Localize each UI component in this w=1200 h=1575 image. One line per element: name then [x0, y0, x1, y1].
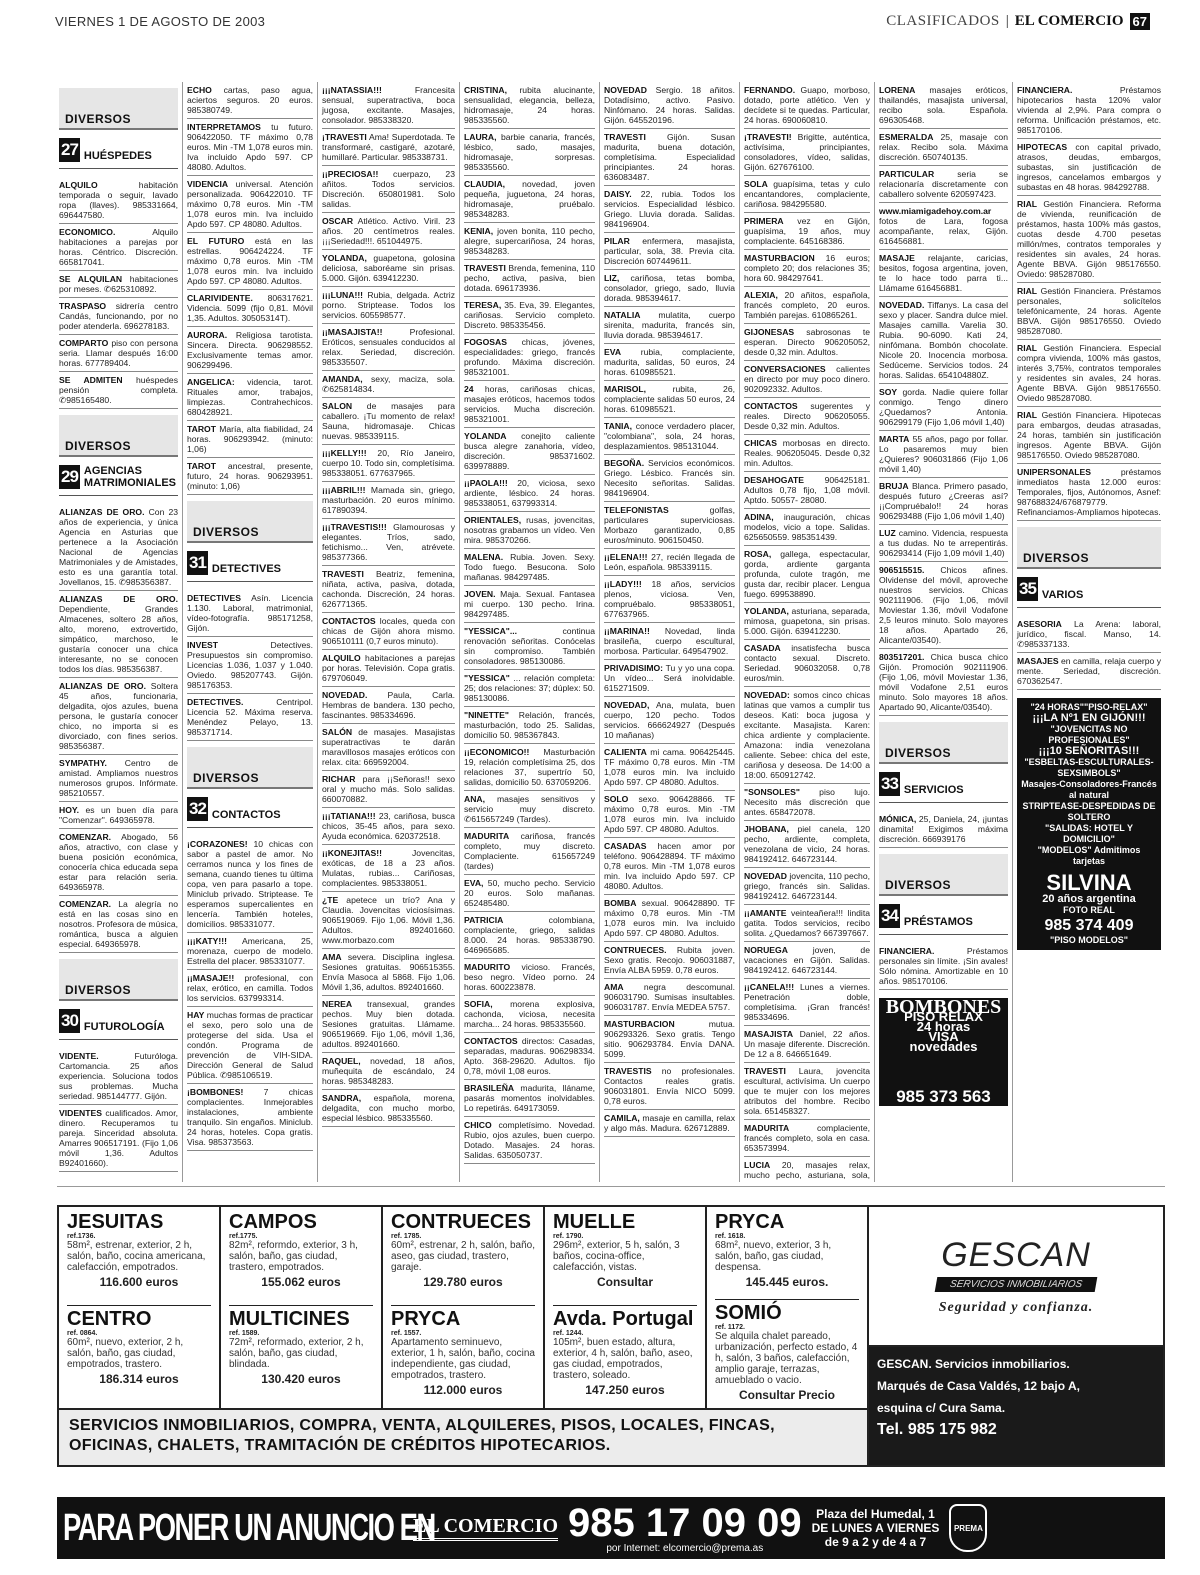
property-column: JESUITASref.1736.58m², estrenar, exterio… — [59, 1207, 221, 1408]
property-name: PRYCA — [715, 1211, 859, 1233]
property-listing: CENTROref. 0864.60m², nuevo, exterior, 2… — [67, 1308, 211, 1402]
ad-lead: SE ADMITEN — [59, 375, 123, 385]
ad-lead: ¡¡¡TATIANA!!! — [322, 811, 376, 821]
gescan-line3: esquina c/ Cura Sama. — [877, 1397, 1155, 1419]
classified-ad: AURORA. Religiosa tarotista. Sincera. Di… — [187, 327, 313, 374]
ad-text: somos cinco chicas latinas que vamos a c… — [744, 690, 870, 780]
ad-lead: NOVEDAD, — [604, 700, 649, 710]
ad-lead: "YESSICA"... — [464, 626, 517, 636]
ad-lead: ¡¡KONEJITAS!! — [322, 848, 382, 858]
classified-ad: 24 horas, cariñosas chicas, masajes erót… — [464, 381, 595, 428]
classified-ad: CLAUDIA, novedad, joven pequeña, jugueto… — [464, 176, 595, 223]
category-name: HUÉSPEDES — [84, 150, 152, 162]
classified-ad: TRAVESTI Brenda, femenina, 110 pecho, ac… — [464, 260, 595, 297]
ad-lead: INTERPRETAMOS — [187, 122, 261, 132]
classified-ad: TRASPASO sidrería centro Candás, funcion… — [59, 298, 178, 335]
classified-ad: ¡¡¡KATY!!! Americana, 25, morenaza, cuer… — [187, 933, 313, 970]
classified-ad: ANGELICA: videncia, tarot. Rituales amor… — [187, 374, 313, 421]
ad-lead: www.miamigadehoy.com.ar — [879, 206, 991, 216]
paper-name: EL COMERCIO — [1015, 13, 1124, 30]
classified-ad: CONTACTOS locales, queda con chicas de G… — [322, 613, 455, 650]
classified-ad: MARTA 55 años, pago por follar. Lo pasar… — [879, 431, 1008, 478]
classified-ad: VIDENTE. Futuróloga. Cartomancia. 25 año… — [59, 1048, 178, 1105]
classified-ad: PRIMERA vez en Gijón, guapísima, 19 años… — [744, 213, 870, 250]
ad-lead: MÓNICA, — [879, 814, 916, 824]
classified-ad: MÓNICA, 25, Daniela, 24, ¡juntas dinamit… — [879, 811, 1008, 848]
ad-lead: SOFIA, — [464, 999, 493, 1009]
classified-ad: ¡CORAZONES! 10 chicas con sabor a pastel… — [187, 836, 313, 933]
category-number: 34 — [879, 904, 900, 928]
ad-lead: ANGELICA: — [187, 377, 235, 387]
ad-text: negra descomunal. 906031790. Sumisas ins… — [604, 982, 735, 1012]
ad-lead: ¡¡¡KATY!!! — [187, 936, 227, 946]
section-label: DIVERSOS — [885, 748, 951, 758]
classified-ad: ALIANZAS DE ORO. Soltera 45 años, funcio… — [59, 678, 178, 755]
property-ref: ref.1775. — [229, 1233, 373, 1240]
classified-ad: NOVEDAD. Paula, Carla. Hembras de bander… — [322, 687, 455, 724]
category-name: CONTACTOS — [212, 809, 281, 821]
classified-ad: TERESA, 35. Eva, 39. Elegantes, cariñosa… — [464, 297, 595, 334]
category-number: 31 — [187, 551, 208, 575]
ad-lead: CHICAS — [744, 438, 777, 448]
classified-ad: 803517201. Chica busca chico Gijón. Prom… — [879, 649, 1008, 716]
property-ref: ref. 1618. — [715, 1233, 859, 1240]
relax-l7: STRIPTEASE-DESPEDIDAS DE SOLTERO — [1021, 801, 1157, 823]
ad-lead: ECHO — [187, 85, 212, 95]
ad-lead: MARISOL, — [604, 384, 646, 394]
ad-lead: TRAVESTIS — [604, 1066, 652, 1076]
classified-ad: ALIANZAS DE ORO. Con 23 años de experien… — [59, 504, 178, 591]
property-name: CONTRUECES — [391, 1211, 535, 1233]
classified-ad: INTERPRETAMOS tu futuro. 906422050. TF m… — [187, 119, 313, 176]
ad-text: Tiffanys. La casa del sexo y placer. San… — [879, 300, 1008, 380]
ad-lead: RICHAR — [322, 774, 355, 784]
ad-lead: CLARIVIDENTE. — [187, 293, 253, 303]
ad-lead: BEGOÑA. — [604, 458, 644, 468]
gescan-subtitle: SERVICIOS INMOBILIARIOS — [935, 1277, 1098, 1292]
ad-lead: ¡BOMBONES! — [187, 1087, 243, 1097]
classified-ad: MASAJES en camilla, relaja cuerpo y ment… — [1017, 653, 1161, 690]
property-ref: ref.1736. — [67, 1233, 211, 1240]
classified-ad: PRIVADISIMO: Tu y yo una copa. Un vídeo.… — [604, 660, 735, 697]
ad-lead: NOVEDAD. — [322, 690, 367, 700]
classified-ad: TANIA, conoce verdadero placer, "colombi… — [604, 418, 735, 455]
ad-lead: ECONOMICO. — [59, 227, 115, 237]
classified-ad: OSCAR Atlético. Activo. Viril. 23 años. … — [322, 213, 455, 250]
classified-ad: DETECTIVES. Centripol. Licencia 52. Máxi… — [187, 694, 313, 741]
classified-ad: MADURITA complaciente, francés completo,… — [744, 1120, 870, 1157]
category-heading: 32CONTACTOS — [187, 789, 313, 828]
classified-ad: ADINA, inauguración, chicas modelos, vic… — [744, 509, 870, 546]
ad-lead: RIAL — [1017, 286, 1037, 296]
classified-ad: MASAJE relajante, caricias, besitos, fog… — [879, 250, 1008, 297]
classified-ad: PATRICIA colombiana, complaciente, grieg… — [464, 912, 595, 959]
category-number: 29 — [59, 465, 80, 489]
section-header: DIVERSOS — [187, 501, 313, 543]
classified-ad: ¿TE apetece un trío? Ana y Claudia. Jove… — [322, 892, 455, 949]
property-name: MULTICINES — [229, 1308, 373, 1330]
classified-ad: DAISY. 22, rubia. Todos los servicios. E… — [604, 186, 735, 233]
ad-lead: YOLANDA, — [744, 606, 789, 616]
category-number: 30 — [59, 1009, 80, 1033]
classified-ad: ¡¡¡KELLY!!! 20, Río Janeiro, cuerpo 10. … — [322, 445, 455, 482]
ad-lead: DETECTIVES. — [187, 697, 243, 707]
ad-lead: YOLANDA — [464, 431, 507, 441]
classified-ad: JOVEN. Maja. Sexual. Fantasea mi cuerpo.… — [464, 586, 595, 623]
property-price: 112.000 euros — [391, 1383, 535, 1397]
advertise-footer-banner: PARA PONER UN ANUNCIO EN EL COMERCIO 985… — [57, 1497, 1165, 1559]
ad-lead: TRAVESTI — [322, 569, 364, 579]
classified-ad: EVA rubia, complaciente, madurita, salid… — [604, 344, 735, 381]
ad-text: rubia, complaciente, madurita, salidas, … — [604, 347, 735, 377]
section-header: DIVERSOS — [59, 415, 178, 457]
property-listing: CAMPOSref.1775.82m², reformdo, exterior,… — [229, 1211, 373, 1306]
ad-text: Con 23 años de experiencia, y única Agen… — [59, 507, 178, 587]
classified-ad: www.miamigadehoy.com.ar fotos de Lara, f… — [879, 203, 1008, 250]
classified-ad: FOGOSAS chicas, jóvenes, especialidades:… — [464, 334, 595, 381]
ad-lead: ALEXIA, — [744, 290, 778, 300]
classified-ad: LAURA, barbie canaria, francés, lésbico,… — [464, 129, 595, 176]
relax-name: SILVINA — [1021, 877, 1157, 888]
ad-lead: TAROT — [187, 424, 216, 434]
ad-lead: CONVERSACIONES — [744, 364, 826, 374]
ad-lead: ¡¡LADY!!! — [604, 579, 642, 589]
gescan-name: GESCAN — [941, 1236, 1091, 1275]
classified-ad: BOMBA sexual. 906428890. TF máximo 0,78 … — [604, 895, 735, 942]
category-number: 33 — [879, 772, 900, 796]
ad-text: muchas formas de practicar el sexo, pero… — [187, 1010, 313, 1080]
property-ref: ref. 1244. — [553, 1330, 697, 1337]
relax-l4: ¡¡¡10 SEÑORITAS!!! — [1021, 746, 1157, 757]
ad-lead: LORENA — [879, 85, 915, 95]
ad-lead: HIPOTECAS — [1017, 142, 1067, 152]
ad-lead: "SONSOLES" — [744, 787, 800, 797]
property-listing: JESUITASref.1736.58m², estrenar, exterio… — [67, 1211, 211, 1306]
ad-lead: LAURA, — [464, 132, 496, 142]
ad-lead: VIDENCIA — [187, 179, 228, 189]
ad-lead: NOVEDAD: — [744, 690, 790, 700]
ad-lead: GIJONESAS — [744, 327, 794, 337]
classified-ad: MASTURBACION mutua. 906293326. Sexo grat… — [604, 1016, 735, 1063]
property-listing: SOMIÓref. 1172.Se alquila chalet pareado… — [715, 1302, 859, 1402]
property-price: 129.780 euros — [391, 1275, 535, 1289]
ad-lead: RIAL — [1017, 410, 1037, 420]
classified-ad: "YESSICA"... continua renovación señorit… — [464, 623, 595, 670]
classified-ad: SALÓN de masajes. Masajistas superatract… — [322, 724, 455, 771]
column-7: LORENA masajes eróticos, thailandés, mas… — [875, 82, 1013, 1182]
ad-lead: VIDENTES — [59, 1108, 102, 1118]
ad-lead: ASESORIA — [1017, 619, 1062, 629]
ad-lead: NOVEDAD — [604, 85, 647, 95]
ad-lead: CONTACTOS — [464, 1036, 518, 1046]
property-listing: PRYCAref. 1618.68m², nuevo, exterior, 3 … — [715, 1211, 859, 1300]
footer-phone: 985 17 09 09 — [568, 1503, 802, 1543]
ad-text: camino. Videncia, respuesta a tus dudas.… — [879, 528, 1008, 558]
ad-lead: NOVEDAD — [744, 871, 787, 881]
ad-lead: FERNANDO. — [744, 85, 795, 95]
classified-ad: ¡¡PRECIOSA!! cuerpazo, 23 añitos. Todos … — [322, 166, 455, 213]
classified-ad: RIAL Gestión Financiera. Hipotecas para … — [1017, 407, 1161, 464]
property-grid: JESUITASref.1736.58m², estrenar, exterio… — [59, 1207, 867, 1465]
ad-lead: VIDENTE. — [59, 1051, 99, 1061]
classified-ad: AMA negra descomunal. 906031790. Sumisas… — [604, 979, 735, 1016]
section-header: DIVERSOS — [879, 722, 1008, 764]
ad-lead: ¿TE — [322, 895, 338, 905]
ad-lead: CONTACTOS — [744, 401, 798, 411]
ad-lead: AURORA. — [187, 330, 227, 340]
footer-addr2: DE LUNES A VIERNES — [812, 1521, 940, 1535]
ad-lead: CASADA — [744, 643, 781, 653]
classified-ad: ¡TRAVESTI Ama! Superdotada. Te transform… — [322, 129, 455, 166]
ad-lead: OSCAR — [322, 216, 353, 226]
classified-ad: CONTACTOS sugerentes y reales. Directo 9… — [744, 398, 870, 435]
classified-ad: NORUEGA joven, de vacaciones en Gijón. S… — [744, 942, 870, 979]
classified-ad: VIDENTES cualificados. Amor, dinero. Rec… — [59, 1105, 178, 1172]
footer-email: por Internet: elcomercio@prema.as — [606, 1543, 763, 1554]
services-banner: SERVICIOS INMOBILIARIOS, COMPRA, VENTA, … — [59, 1410, 867, 1465]
ad-lead: ORIENTALES, — [464, 515, 521, 525]
property-listing: Avda. Portugalref. 1244.105m², buen esta… — [553, 1308, 697, 1402]
classified-ad: SANDRA, española, morena, delgadita, con… — [322, 1090, 455, 1127]
classified-ad: ¡¡ELENA!!! 27, recién llegada de León, e… — [604, 549, 735, 576]
classified-ad: NOVEDAD. Tiffanys. La casa del sexo y pl… — [879, 297, 1008, 384]
property-listing: PRYCAref. 1557.Apartamento seminuevo, ex… — [391, 1308, 535, 1402]
classified-ad: CASADA insatisfecha busca contacto sexua… — [744, 640, 870, 687]
relax-foot: "PISO MODELOS" — [1021, 935, 1157, 946]
ad-lead: TAROT — [187, 461, 216, 471]
gescan-box: GESCAN SERVICIOS INMOBILIARIOS Seguridad… — [867, 1207, 1163, 1465]
ad-lead: SOLO — [604, 794, 628, 804]
ad-lead: "YESSICA" — [464, 673, 510, 683]
column-1: DIVERSOS27HUÉSPEDESALQUILO habitación te… — [55, 82, 183, 1182]
ad-lead: UNIPERSONALES — [1017, 467, 1091, 477]
classified-ad: MALENA. Rubia. Joven. Sexy. Todo fuego. … — [464, 549, 595, 586]
classified-ad: ¡BOMBONES! 7 chicas complacientes. Inmej… — [187, 1084, 313, 1151]
gescan-tel: Tel. 985 175 982 — [877, 1419, 1155, 1441]
section-label: DIVERSOS — [885, 880, 951, 890]
section-label: DIVERSOS — [65, 114, 131, 124]
ad-text: Gestión Financiera. Préstamos personales… — [1017, 286, 1161, 336]
ad-lead: 803517201. — [879, 652, 924, 662]
ad-lead: YOLANDA, — [322, 253, 367, 263]
classified-ad: LORENA masajes eróticos, thailandés, mas… — [879, 82, 1008, 129]
classified-ad: KENIA, joven bonita, 110 pecho, alegre, … — [464, 223, 595, 260]
ad-lead: ¡¡¡KELLY!!! — [322, 448, 367, 458]
property-desc: 60m², nuevo, exterior, 2 h, salón, baño,… — [67, 1337, 211, 1370]
issue-date: VIERNES 1 DE AGOSTO DE 2003 — [55, 14, 265, 29]
ad-lead: CASADAS — [604, 841, 647, 851]
property-price: 116.600 euros — [67, 1275, 211, 1289]
classified-ad: SOY gorda. Nadie quiere follar conmigo. … — [879, 384, 1008, 431]
classified-ad: TRAVESTI Laura, jovencita escultural, ac… — [744, 1063, 870, 1120]
masthead: CLASIFICADOS | EL COMERCIO 67 — [886, 13, 1150, 30]
ad-lead: LIZ, — [604, 273, 619, 283]
classified-ad: JHOBANA, piel canela, 120 pecho, ardient… — [744, 821, 870, 868]
ad-lead: ¡¡MASAJE!! — [187, 973, 234, 983]
classified-ad: ALQUILO habitación temporada o seguir, l… — [59, 177, 178, 224]
classified-ad: YOLANDA, guapetona, golosina deliciosa, … — [322, 250, 455, 287]
ad-lead: MASTURBACION — [604, 1019, 675, 1029]
ad-lead: PRIMERA — [744, 216, 784, 226]
property-price: 155.062 euros — [229, 1275, 373, 1289]
gescan-logo: GESCAN SERVICIOS INMOBILIARIOS Seguridad… — [869, 1207, 1163, 1347]
column-4: CRISTINA, rubita alucinante, sensualidad… — [460, 82, 600, 1182]
property-column: CAMPOSref.1775.82m², reformdo, exterior,… — [221, 1207, 383, 1408]
classified-ad: ECONOMICO. Alquilo habitaciones a pareja… — [59, 224, 178, 271]
property-ref: ref. 1172. — [715, 1324, 859, 1331]
ad-text: Chicos afines. Olvidense del móvil, apro… — [879, 565, 1008, 645]
ad-lead: EL FUTURO — [187, 236, 244, 246]
classified-ad: MASAJISTA Daniel, 22 años. Un masaje dif… — [744, 1026, 870, 1063]
page-number: 67 — [1130, 13, 1150, 30]
classified-ad: TAROT María, alta fiabilidad, 24 horas. … — [187, 421, 313, 458]
category-heading: 35VARIOS — [1017, 569, 1161, 608]
ad-text: Gestión Financiera. Hipotecas para embar… — [1017, 410, 1161, 460]
classified-ad: DETECTIVES Asín. Licencia 1.130. Laboral… — [187, 590, 313, 637]
ad-lead: TRASPASO — [59, 301, 106, 311]
ad-lead: CRISTINA, — [464, 85, 507, 95]
ad-lead: ¡TRAVESTI! — [744, 132, 792, 142]
section-label: DIVERSOS — [193, 527, 259, 537]
classified-ad: MASTURBACION 16 euros; completo 20; dos … — [744, 250, 870, 287]
ad-lead: BRASILEÑA — [464, 1083, 514, 1093]
ad-lead: SALÓN — [322, 727, 352, 737]
ad-lead: SALON — [322, 401, 352, 411]
ad-lead: NOVEDAD. — [879, 300, 924, 310]
property-ref: ref. 1785. — [391, 1233, 535, 1240]
classified-ad: MADURITO vicioso. Francés, beso negro. V… — [464, 959, 595, 996]
classified-ad: CONVERSACIONES calientes en directo por … — [744, 361, 870, 398]
classified-ad: INVEST Detectives. Presupuestos sin comp… — [187, 637, 313, 694]
relax-l8: "SALIDAS: HOTEL Y DOMICILIO" — [1021, 823, 1157, 845]
ad-lead: JOVEN. — [464, 589, 496, 599]
classified-ad: SOFIA, morena explosiva, cachonda, vicio… — [464, 996, 595, 1033]
classified-ad: SOLA guapísima, tetas y culo encantandor… — [744, 176, 870, 213]
classified-ad: ALIANZAS DE ORO. Dependiente, Grandes Al… — [59, 591, 178, 678]
classified-ad: RICHAR para ¡¡Señoras!! sexo oral y much… — [322, 771, 455, 808]
ad-lead: AMA — [322, 952, 342, 962]
classified-ad: PILAR enfermera, masajista, particular, … — [604, 233, 735, 270]
ad-lead: CALIENTA — [604, 747, 647, 757]
classified-ad: SALON de masajes para caballero. ¡Tu mom… — [322, 398, 455, 445]
section-name: CLASIFICADOS — [886, 13, 1000, 30]
ad-lead: ¡¡¡NATASSIA!!! — [322, 85, 382, 95]
category-name: SERVICIOS — [904, 784, 964, 796]
classified-ad: ¡¡¡NATASSIA!!! Francesita sensual, super… — [322, 82, 455, 129]
footer-callout: PARA PONER UN ANUNCIO EN — [63, 1507, 243, 1550]
section-header: DIVERSOS — [1017, 527, 1161, 569]
category-heading: 27HUÉSPEDES — [59, 130, 178, 169]
classified-ad: ¡¡MASAJISTA!! Profesional. Eróticos, sen… — [322, 324, 455, 371]
classified-ad: NOVEDAD Sergio. 18 añitos. Dotadísimo, a… — [604, 82, 735, 129]
relax-l9: "MODELOS" Admitimos tarjetas — [1021, 845, 1157, 867]
ad-text: 50, mucho pecho. Servicio 20 euros. Solo… — [464, 878, 595, 908]
ad-lead: 906515515. — [879, 565, 924, 575]
property-name: CENTRO — [67, 1308, 211, 1330]
ad-lead: ¡CORAZONES! — [187, 839, 248, 849]
ad-lead: SE ALQUILAN — [59, 274, 122, 284]
real-estate-ad: JESUITASref.1736.58m², estrenar, exterio… — [57, 1205, 1165, 1467]
classified-ad: LUZ camino. Videncia, respuesta a tus du… — [879, 525, 1008, 562]
ad-lead: MADURITA — [464, 831, 509, 841]
ad-lead: MARTA — [879, 434, 909, 444]
ad-lead: BRUJA — [879, 481, 909, 491]
footer-contact: 985 17 09 09 por Internet: elcomercio@pr… — [568, 1503, 802, 1554]
ad-text: cariñosa, tetas bomba, consolador, grieg… — [604, 273, 735, 303]
ad-lead: ALQUILO — [322, 653, 361, 663]
ad-lead: MADURITA — [744, 1123, 789, 1133]
classified-ad: ESMERALDA 25, masaje con relax. Recibo s… — [879, 129, 1008, 166]
ad-lead: PARTICULAR — [879, 169, 934, 179]
classified-ad: ANA, masajes sensitivos y servicio muy d… — [464, 791, 595, 828]
ad-lead: TELEFONISTAS — [604, 505, 669, 515]
category-number: 27 — [59, 138, 80, 162]
category-name: VARIOS — [1042, 589, 1083, 601]
property-desc: 296m², exterior, 5 h, salón, 3 baños, co… — [553, 1240, 697, 1273]
divider: | — [1006, 13, 1009, 30]
relax-photo-label: FOTO REAL — [1021, 905, 1157, 916]
category-number: 32 — [187, 797, 208, 821]
ad-lead: CONTRUECES. — [604, 945, 667, 955]
classified-ad: ¡¡¡LUNA!!! Rubia, delgada. Actriz porno.… — [322, 287, 455, 324]
ad-lead: CHICO — [464, 1120, 492, 1130]
classified-ad: GIJONESAS sabrosonas te esperan. Directo… — [744, 324, 870, 361]
ad-lead: RAQUEL, — [322, 1056, 361, 1066]
ad-lead: TANIA, — [604, 421, 632, 431]
property-ref: ref. 1589. — [229, 1330, 373, 1337]
classified-ad: DESAHOGATE 906425181. Adultos 0,78 fijo,… — [744, 472, 870, 509]
classified-ad: CONTACTOS directos: Casadas, separadas, … — [464, 1033, 595, 1080]
ad-lead: ALIANZAS DE ORO. — [59, 681, 146, 691]
property-desc: 105m², buen estado, altura, exterior, 4 … — [553, 1337, 697, 1381]
classified-ad: ROSA, gallega, espectacular, gorda, ardi… — [744, 546, 870, 603]
classified-ad: ¡¡¡ABRIL!!! Mamada sin, griego, masturba… — [322, 482, 455, 519]
classified-ad: TRAVESTIS no profesionales. Contactos re… — [604, 1063, 735, 1110]
classified-ad: "YESSICA" ... relación completa: 25; dos… — [464, 670, 595, 707]
classified-ad: 906515515. Chicos afines. Olvidense del … — [879, 562, 1008, 649]
property-ref: ref. 0864. — [67, 1330, 211, 1337]
property-column: MUELLEref. 1790.296m², exterior, 5 h, sa… — [545, 1207, 707, 1408]
ad-lead: ¡¡¡ABRIL!!! — [322, 485, 365, 495]
ad-lead: RIAL — [1017, 343, 1037, 353]
column-5: NOVEDAD Sergio. 18 añitos. Dotadísimo, a… — [600, 82, 740, 1182]
classified-ad: ¡¡¡TRAVESTIS!!! Glamourosas y elegantes.… — [322, 519, 455, 566]
footer-addr1: Plaza del Humedal, 1 — [812, 1507, 940, 1521]
ad-lead: MASAJES — [1017, 656, 1059, 666]
ad-text: severa. Disciplina inglesa. Sesiones gra… — [322, 952, 455, 992]
classified-ad: UNIPERSONALES préstamos inmediatos hasta… — [1017, 464, 1161, 521]
classified-ad: ¡¡MARINA!! Novedad, linda brasileña, cue… — [604, 623, 735, 660]
ad-lead: JHOBANA, — [744, 824, 789, 834]
gescan-line1: GESCAN. Servicios inmobiliarios. — [877, 1353, 1155, 1375]
classified-ad: TELEFONISTAS golfas, particulares superv… — [604, 502, 735, 549]
ad-lead: INVEST — [187, 640, 218, 650]
property-price: 186.314 euros — [67, 1372, 211, 1386]
classified-ad: AMANDA, sexy, maciza, sola. ✆625814834. — [322, 371, 455, 398]
ad-lead: TRAVESTI — [464, 263, 506, 273]
category-heading: 29AGENCIAS MATRIMONIALES — [59, 457, 178, 496]
ad-lead: ¡¡MASAJISTA!! — [322, 327, 382, 337]
ad-lead: "NINETTE" — [464, 710, 509, 720]
classified-ad: PARTICULAR seria se relacionaría discret… — [879, 166, 1008, 203]
property-ref: ref. 1557. — [391, 1330, 535, 1337]
ad-lead: BOMBA — [604, 898, 636, 908]
ad-lead: SOLA — [744, 179, 768, 189]
property-desc: Se alquila chalet pareado, urbanización,… — [715, 1331, 859, 1386]
classified-ad: TAROT ancestral, presente, futuro, 24 ho… — [187, 458, 313, 495]
column-6: FERNANDO. Guapo, morboso, dotado, porte … — [740, 82, 875, 1182]
footer-addr3: de 9 a 2 y de 4 a 7 — [812, 1535, 940, 1549]
